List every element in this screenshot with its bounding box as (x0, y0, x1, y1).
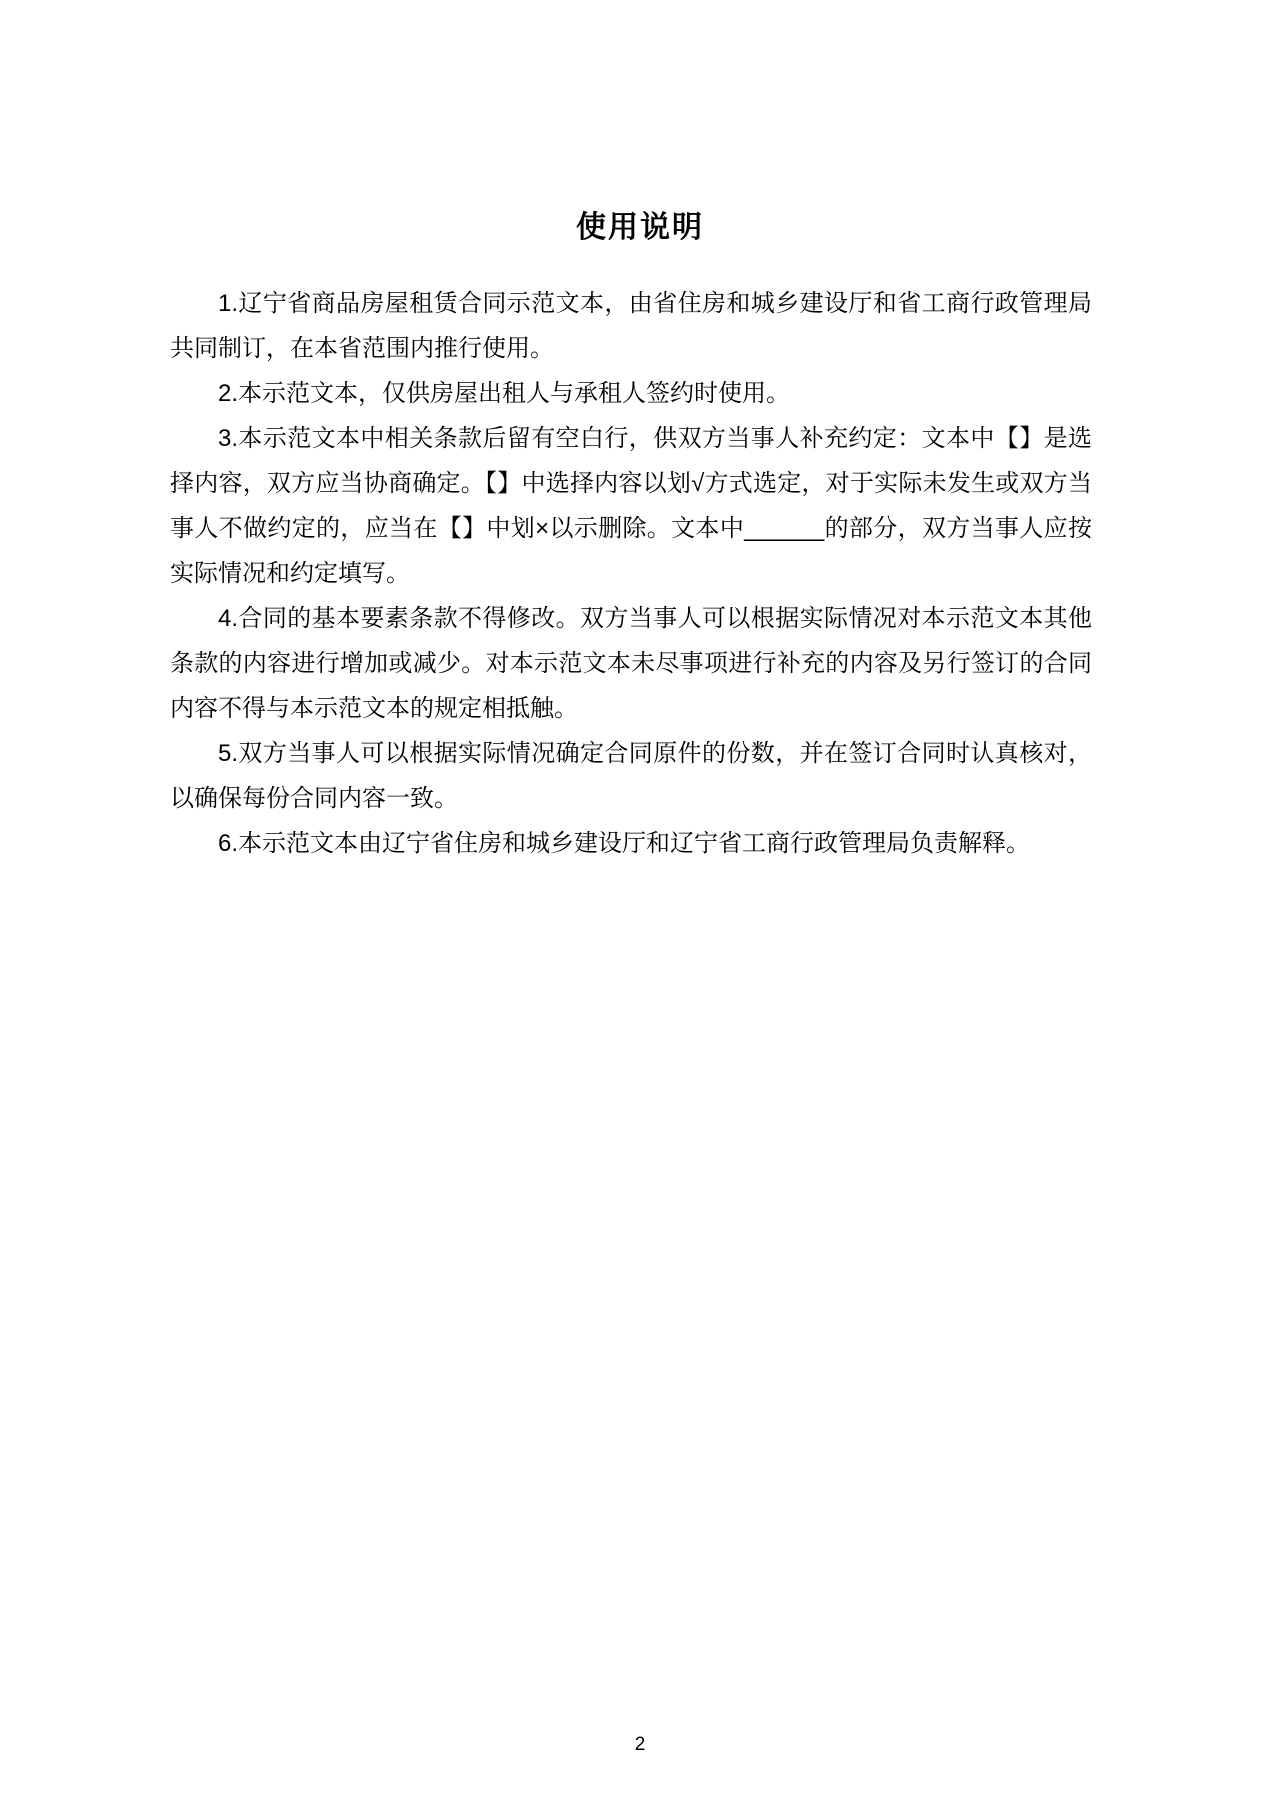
document-body: 1.辽宁省商品房屋租赁合同示范文本，由省住房和城乡建设厅和省工商行政管理局共同制… (170, 281, 1092, 866)
paragraph: 6.本示范文本由辽宁省住房和城乡建设厅和辽宁省工商行政管理局负责解释。 (170, 821, 1092, 866)
document-title: 使用说明 (0, 210, 1280, 246)
page-number: 2 (0, 1733, 1280, 1757)
paragraph: 4.合同的基本要素条款不得修改。双方当事人可以根据实际情况对本示范文本其他条款的… (170, 596, 1092, 731)
paragraph: 2.本示范文本，仅供房屋出租人与承租人签约时使用。 (170, 371, 1092, 416)
document-page: 使用说明 1.辽宁省商品房屋租赁合同示范文本，由省住房和城乡建设厅和省工商行政管… (0, 0, 1280, 1810)
paragraph: 5.双方当事人可以根据实际情况确定合同原件的份数，并在签订合同时认真核对，以确保… (170, 731, 1092, 821)
paragraph: 1.辽宁省商品房屋租赁合同示范文本，由省住房和城乡建设厅和省工商行政管理局共同制… (170, 281, 1092, 371)
paragraph: 3.本示范文本中相关条款后留有空白行，供双方当事人补充约定：文本中【】是选择内容… (170, 416, 1092, 596)
